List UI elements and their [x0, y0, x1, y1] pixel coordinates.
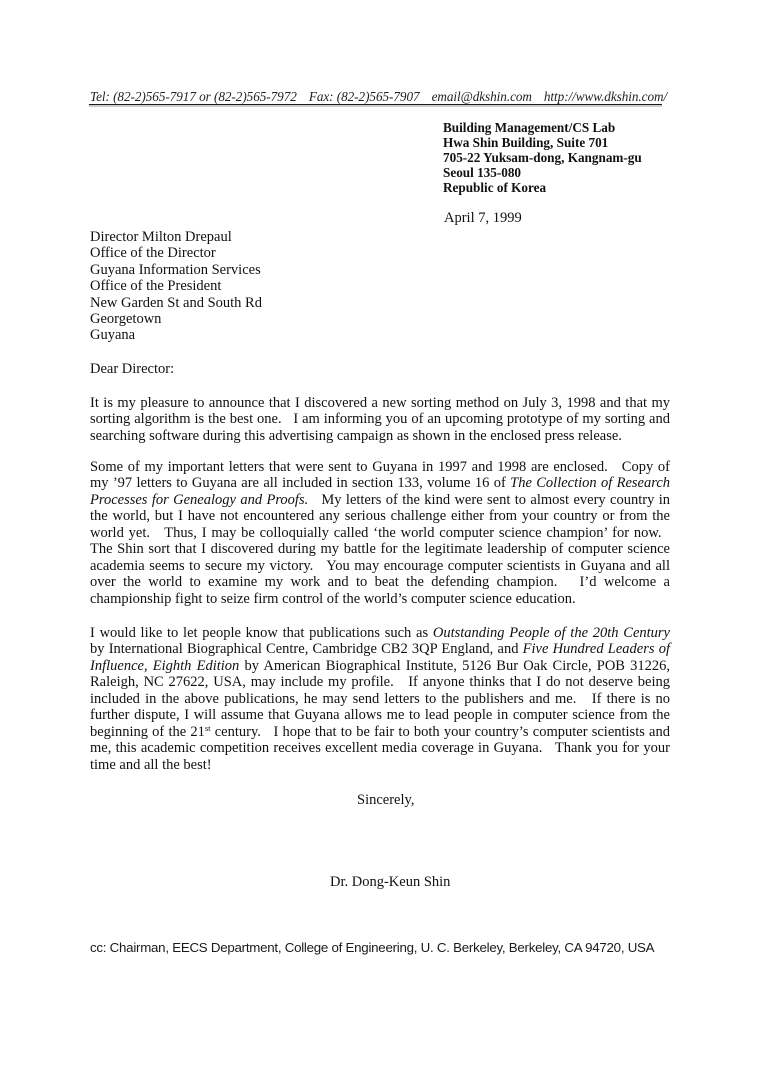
sender-address-line: Seoul 135-080: [443, 165, 642, 180]
recipient-address: Director Milton Drepaul Office of the Di…: [90, 229, 262, 344]
recipient-address-line: New Garden St and South Rd: [90, 295, 262, 311]
letterhead-tel: Tel: (82-2)565-7917 or (82-2)565-7972: [90, 89, 297, 104]
recipient-address-line: Director Milton Drepaul: [90, 229, 262, 245]
para3-text: ,: [144, 658, 153, 674]
letterhead-rule: [89, 104, 662, 105]
sender-address-line: Hwa Shin Building, Suite 701: [443, 135, 642, 150]
body-paragraph-3: I would like to let people know that pub…: [90, 625, 670, 773]
para3-text: I would like to let people know that pub…: [90, 625, 433, 641]
letterhead-fax: Fax: (82-2)565-7907: [309, 89, 420, 104]
body-paragraph-2: Some of my important letters that were s…: [90, 459, 670, 607]
recipient-address-line: Guyana Information Services: [90, 262, 262, 278]
recipient-address-line: Guyana: [90, 327, 262, 343]
sender-address-line: Republic of Korea: [443, 180, 642, 195]
sender-address-line: Building Management/CS Lab: [443, 120, 642, 135]
letterhead-url: http://www.dkshin.com/: [544, 89, 667, 104]
sender-address: Building Management/CS Lab Hwa Shin Buil…: [443, 120, 642, 195]
sender-address-line: 705-22 Yuksam-dong, Kangnam-gu: [443, 150, 642, 165]
recipient-address-line: Office of the Director: [90, 245, 262, 261]
letter-date: April 7, 1999: [444, 210, 522, 227]
letterhead-contact-line: Tel: (82-2)565-7917 or (82-2)565-7972Fax…: [90, 89, 662, 105]
letter-page: Tel: (82-2)565-7917 or (82-2)565-7972Fax…: [0, 0, 760, 1074]
cc-line: cc: Chairman, EECS Department, College o…: [90, 940, 654, 956]
salutation: Dear Director:: [90, 361, 174, 377]
body-paragraph-1: It is my pleasure to announce that I dis…: [90, 395, 670, 444]
para3-text: by International Biographical Centre, Ca…: [90, 641, 523, 657]
closing: Sincerely,: [357, 792, 414, 809]
publication-title: Outstanding People of the 20th Century: [433, 625, 670, 641]
publication-edition: Eighth Edition: [153, 658, 240, 674]
signature-name: Dr. Dong-Keun Shin: [330, 874, 450, 891]
letterhead-email: email@dkshin.com: [432, 89, 532, 104]
para2-text-end: My letters of the kind were sent to almo…: [90, 492, 670, 607]
recipient-address-line: Office of the President: [90, 278, 262, 294]
recipient-address-line: Georgetown: [90, 311, 262, 327]
